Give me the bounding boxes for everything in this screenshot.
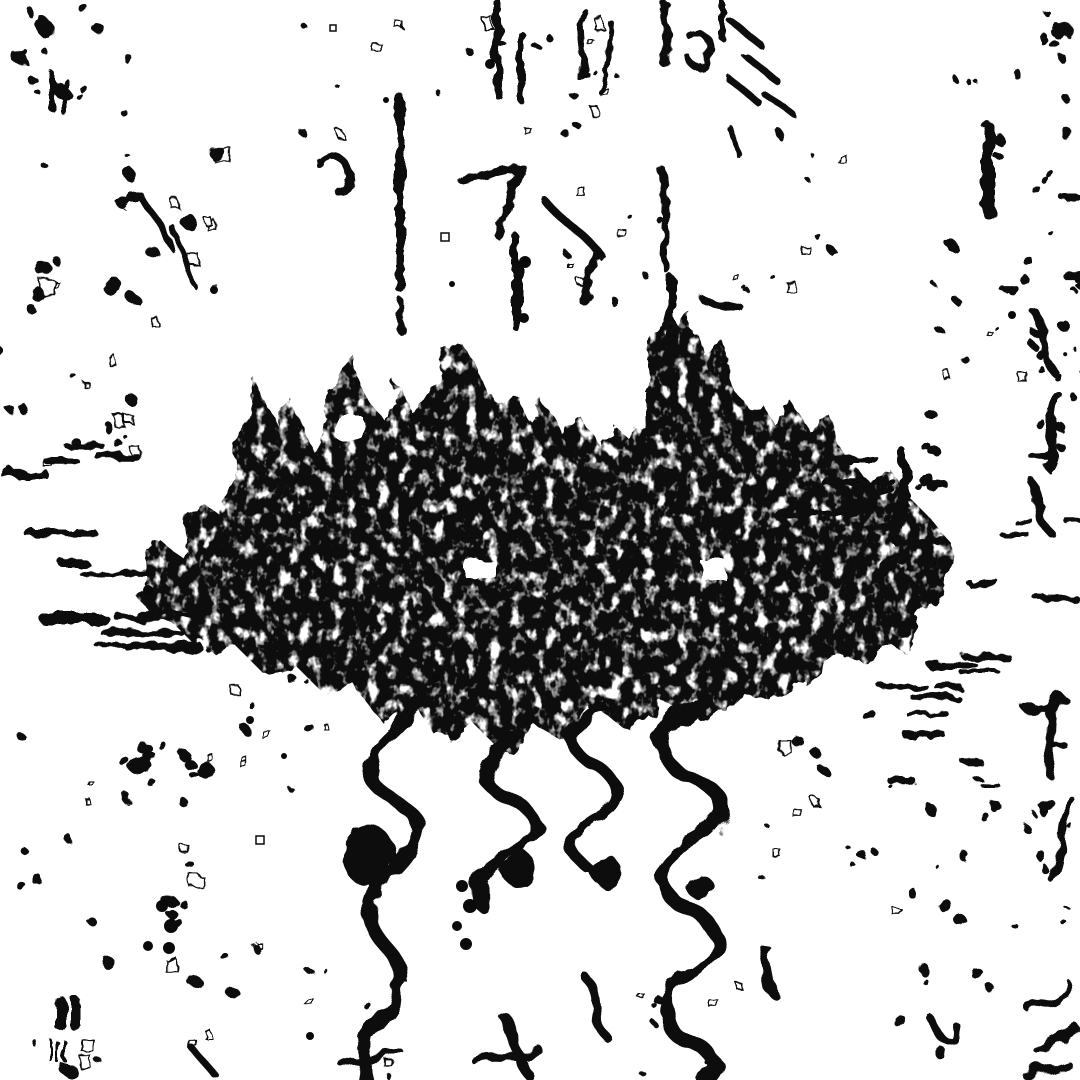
artwork-canvas: High-contrast black-and-white thresholde… bbox=[0, 0, 1080, 1080]
artwork-svg: High-contrast black-and-white thresholde… bbox=[0, 0, 1080, 1080]
